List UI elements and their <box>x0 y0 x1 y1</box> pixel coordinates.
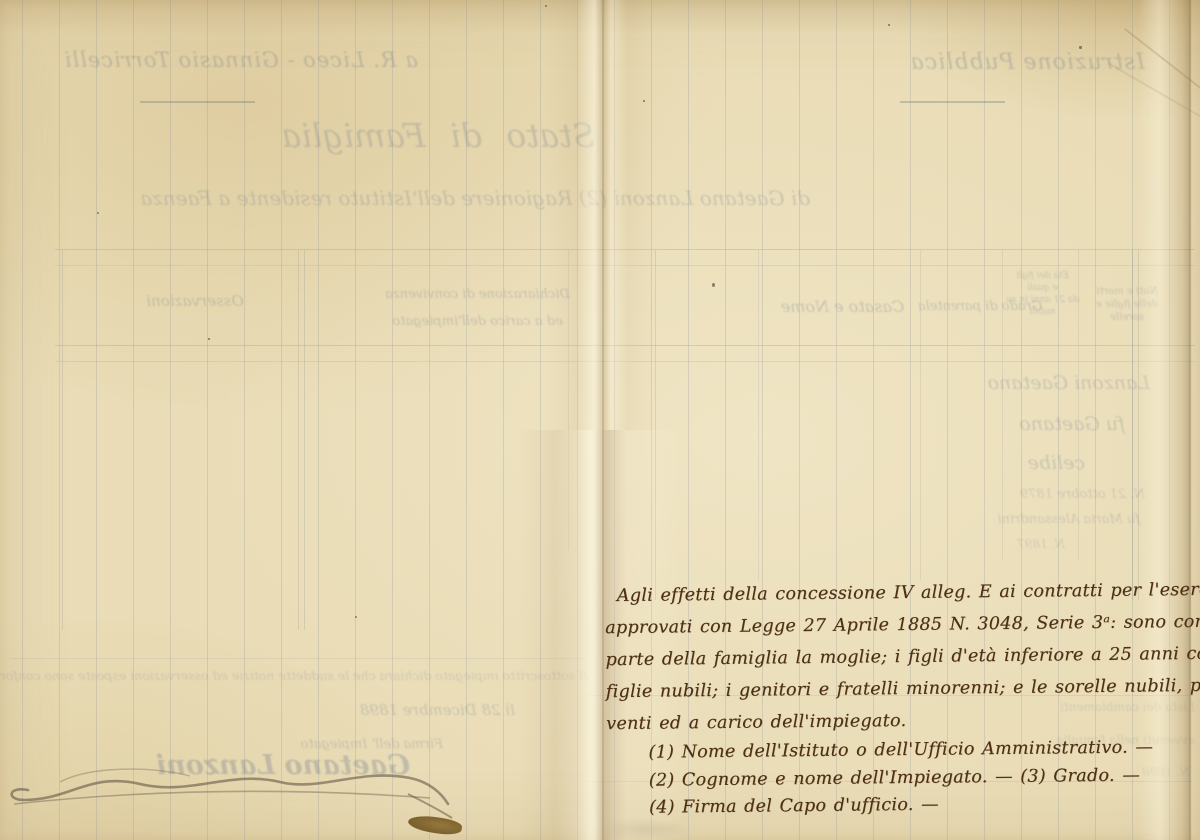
bleed-header-eta-figli: Età dei figli e quali da 21 anni in su n… <box>995 270 1090 318</box>
bleed-header-osservazioni: Osservazioni <box>95 292 295 310</box>
bleed-table-line <box>10 658 585 659</box>
bleed-header-nati-morti: Nati e morti delle figlie e sorelle <box>1082 285 1172 324</box>
bleed-column-line <box>655 250 656 600</box>
bleed-table-line <box>55 265 1195 266</box>
bleed-entry-status: celibe <box>945 452 1085 474</box>
paper-speck <box>355 616 357 618</box>
handwritten-note: Agli effetti della concessione IV alleg.… <box>605 580 1200 826</box>
bleed-date-line: lì 28 Dicembre 1898 <box>225 701 515 719</box>
paper-speck <box>208 338 210 340</box>
bleed-header-dichiarazione: Dichiarazione di convivenza ed a carico … <box>345 281 610 335</box>
bleed-table-line <box>55 249 1195 250</box>
bleedthrough-heading-right: Istruzione Pubblica <box>845 50 1145 75</box>
bleed-entry-paternity: fu Gaetano <box>955 413 1125 435</box>
bleed-column-line <box>62 250 63 630</box>
bleed-entry-name: Lanzoni Gaetano <box>940 372 1150 394</box>
paper-speck <box>712 283 715 287</box>
bleedthrough-subtitle: di Gaetano Lanzoni (2) Ragioniere dell'I… <box>30 186 810 210</box>
paper-sheet: a R. Liceo - Ginnasio Torricelli Istruzi… <box>0 0 1200 840</box>
bleed-column-line <box>298 250 299 630</box>
center-fold-line <box>602 0 604 840</box>
paper-speck <box>545 5 547 7</box>
bleed-table-line <box>55 361 1195 362</box>
bleed-entry-number: N. 1897 <box>935 537 1065 551</box>
bleedthrough-heading-left: a R. Liceo - Ginnasio Torricelli <box>18 48 418 72</box>
paper-speck <box>643 100 645 102</box>
bleed-entry-mother: fu Maria Alessandrini <box>880 512 1140 527</box>
bleed-table-line <box>55 345 1195 346</box>
bleedthrough-title: Stato di Famiglia <box>115 116 595 155</box>
paper-speck <box>1079 46 1082 49</box>
paper-speck <box>97 212 99 214</box>
paper-speck <box>888 24 890 26</box>
bleedthrough-underline <box>900 101 1005 103</box>
bleed-entry-birthdate: N. 21 ottobre 1879 <box>895 487 1145 502</box>
bleed-column-line <box>304 250 305 630</box>
bleedthrough-underline <box>140 101 255 103</box>
note-footnote: (4) Firma del Capo d'ufficio. — <box>649 792 1200 825</box>
bleed-declaration-line: Il sottoscritto impiegato dichiara che l… <box>8 668 588 683</box>
